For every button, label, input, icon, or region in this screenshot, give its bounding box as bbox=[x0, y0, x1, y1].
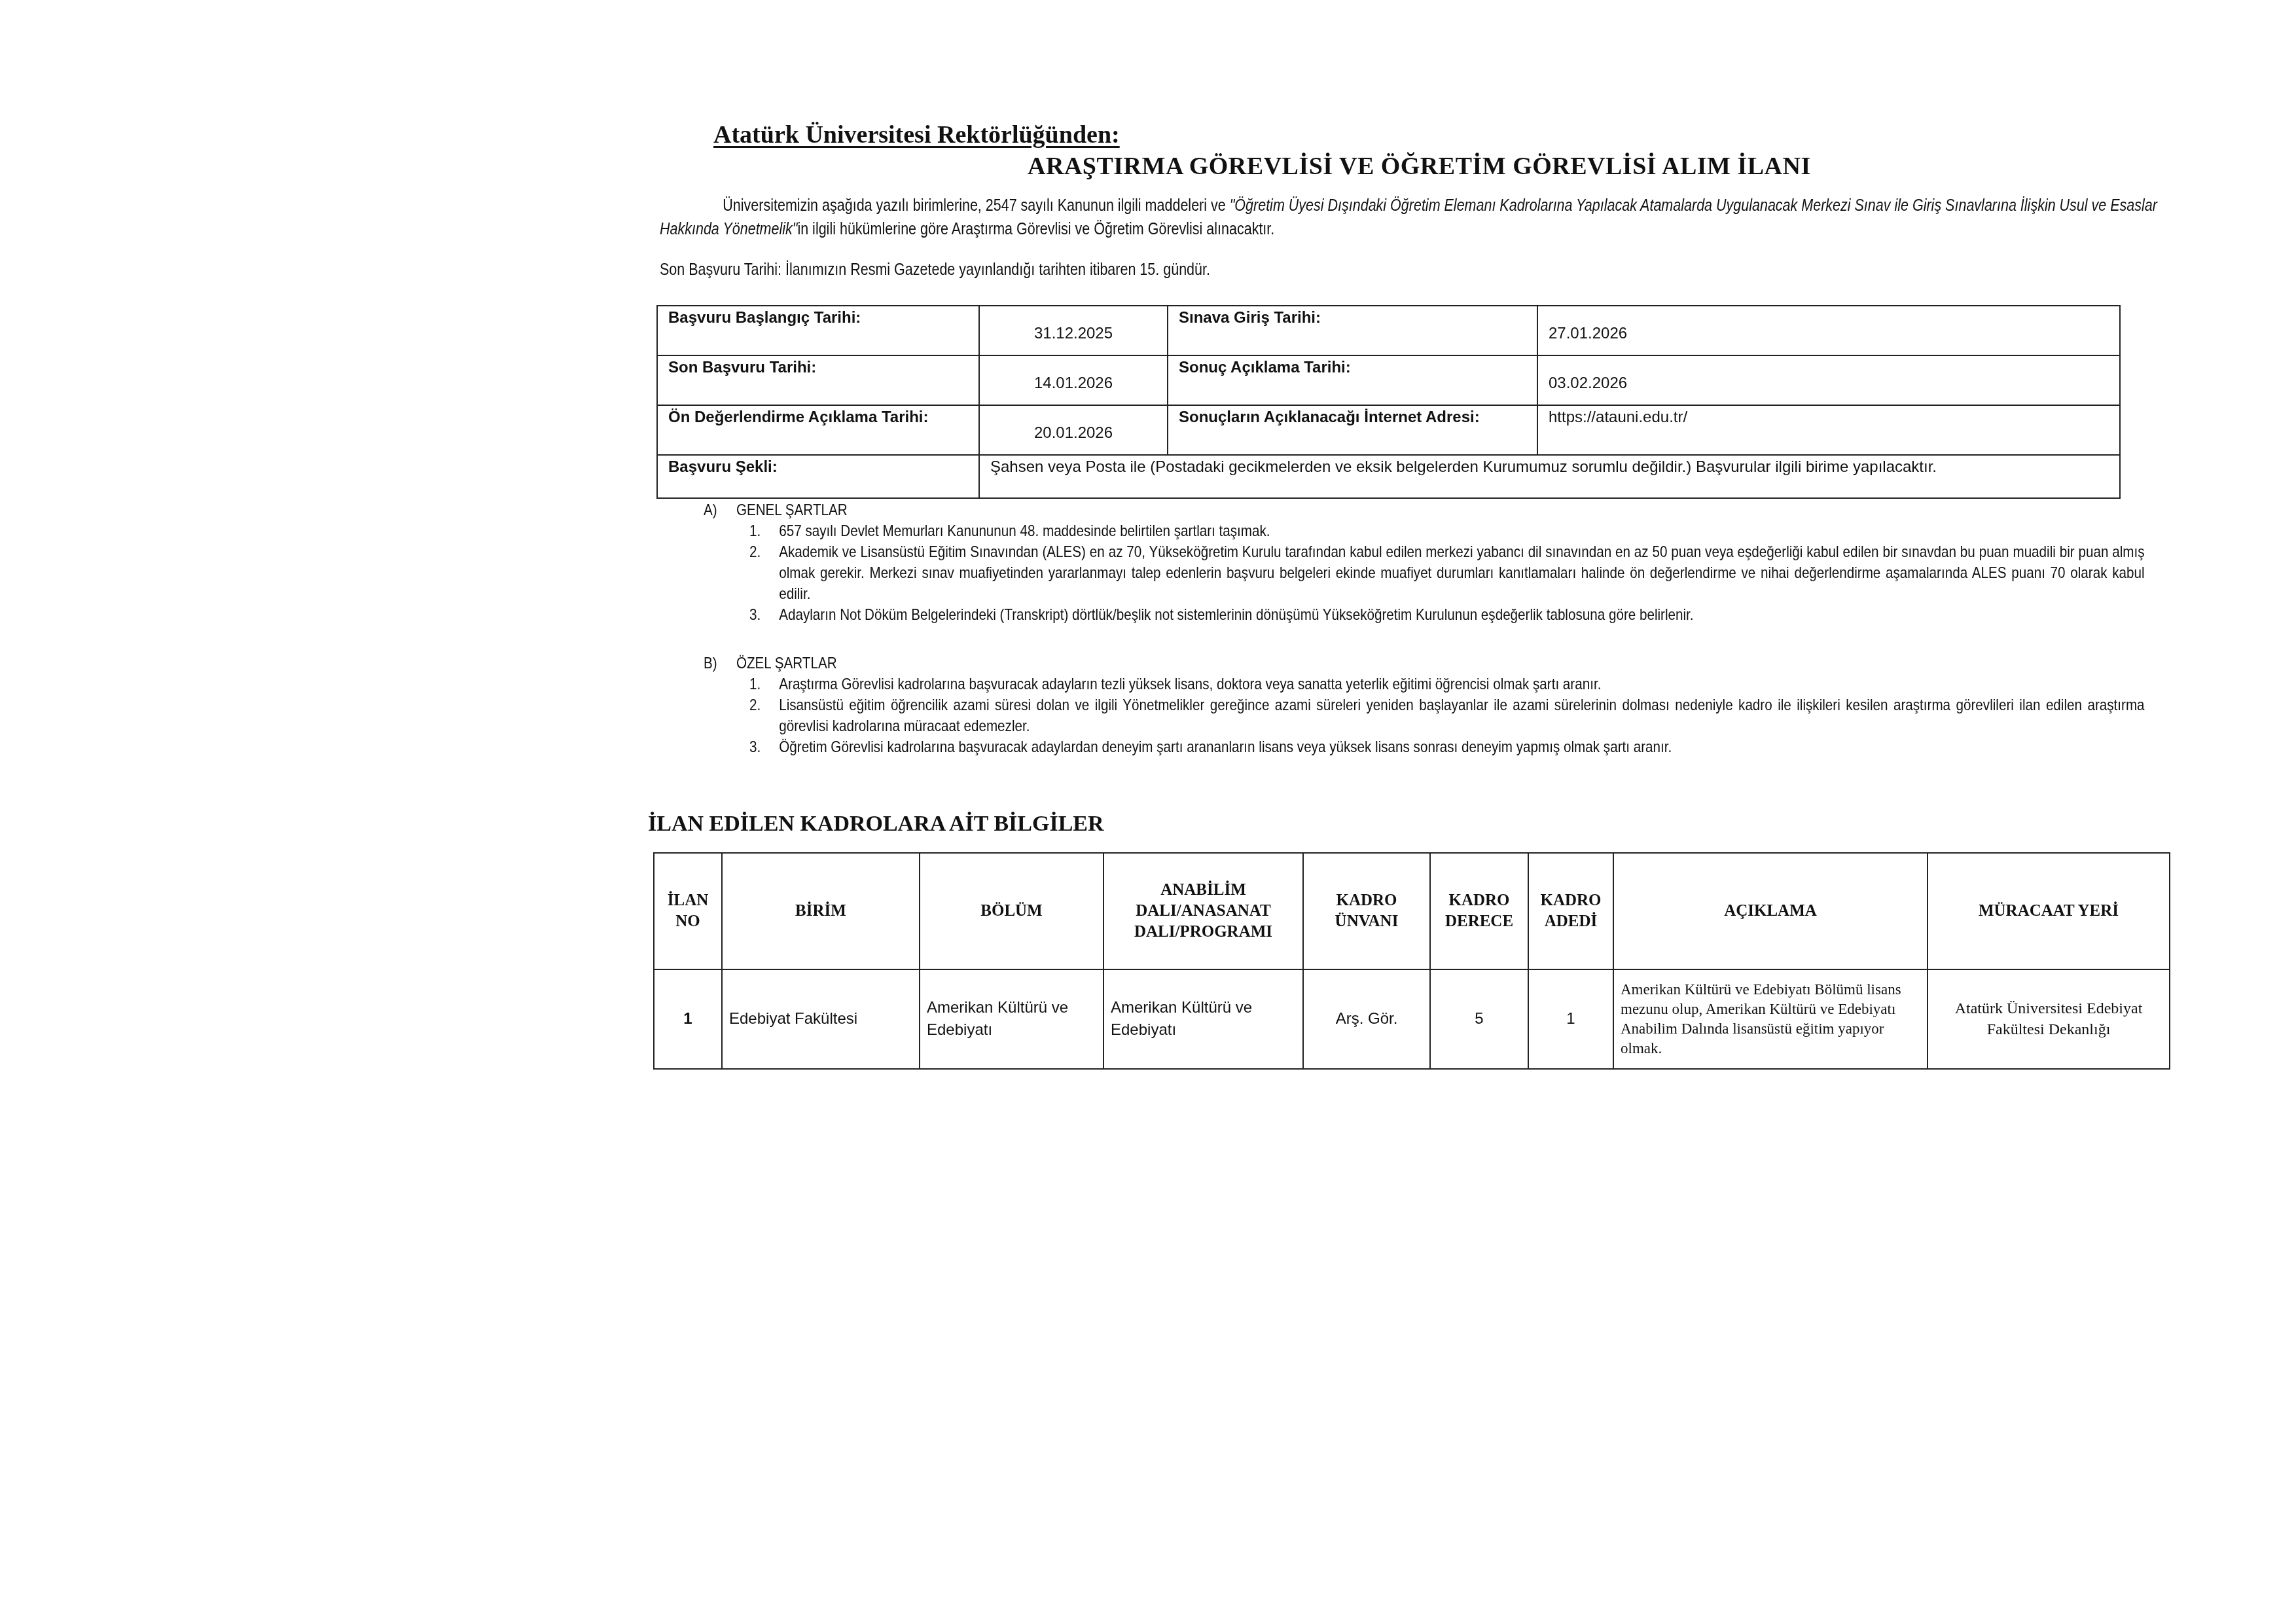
table-header-row: İLAN NO BİRİM BÖLÜM ANABİLİM DALI/ANASAN… bbox=[654, 853, 2170, 969]
date-label: Son Başvuru Tarihi: bbox=[657, 355, 979, 405]
cell-ilan-no: 1 bbox=[654, 969, 722, 1069]
method-label: Başvuru Şekli: bbox=[657, 455, 979, 498]
date-label: Sonuç Açıklama Tarihi: bbox=[1168, 355, 1537, 405]
col-header: BÖLÜM bbox=[920, 853, 1103, 969]
date-label: Ön Değerlendirme Açıklama Tarihi: bbox=[657, 405, 979, 455]
intro-text-1: Üniversitemizin aşağıda yazılı birimleri… bbox=[723, 196, 1229, 215]
list-item: Akademik ve Lisansüstü Eğitim Sınavından… bbox=[764, 542, 2145, 605]
date-value: 03.02.2026 bbox=[1537, 355, 2120, 405]
col-header: AÇIKLAMA bbox=[1613, 853, 1928, 969]
section-letter: A) bbox=[704, 500, 736, 521]
table-row: 1 Edebiyat Fakültesi Amerikan Kültürü ve… bbox=[654, 969, 2170, 1069]
cell-adet: 1 bbox=[1528, 969, 1613, 1069]
cell-birim: Edebiyat Fakültesi bbox=[722, 969, 920, 1069]
col-header: İLAN NO bbox=[654, 853, 722, 969]
col-header: KADRO ADEDİ bbox=[1528, 853, 1613, 969]
dates-row: Son Başvuru Tarihi: 14.01.2026 Sonuç Açı… bbox=[657, 355, 2120, 405]
deadline-note: Son Başvuru Tarihi: İlanımızın Resmi Gaz… bbox=[660, 261, 1210, 280]
date-label: Başvuru Başlangıç Tarihi: bbox=[657, 306, 979, 355]
general-conditions: A) GENEL ŞARTLAR 657 sayılı Devlet Memur… bbox=[704, 500, 2145, 626]
list-item: Araştırma Görevlisi kadrolarına başvurac… bbox=[764, 674, 2145, 695]
intro-paragraph: Üniversitemizin aşağıda yazılı birimleri… bbox=[660, 194, 2162, 241]
date-label: Sınava Giriş Tarihi: bbox=[1168, 306, 1537, 355]
list-item: 657 sayılı Devlet Memurları Kanununun 48… bbox=[764, 521, 2145, 542]
positions-table: İLAN NO BİRİM BÖLÜM ANABİLİM DALI/ANASAN… bbox=[653, 852, 2170, 1070]
method-value: Şahsen veya Posta ile (Postadaki gecikme… bbox=[979, 455, 2120, 498]
dates-row: Başvuru Başlangıç Tarihi: 31.12.2025 Sın… bbox=[657, 306, 2120, 355]
issuer-heading: Atatürk Üniversitesi Rektörlüğünden: bbox=[713, 120, 1120, 149]
cell-derece: 5 bbox=[1430, 969, 1528, 1069]
date-value: 27.01.2026 bbox=[1537, 306, 2120, 355]
cell-aciklama: Amerikan Kültürü ve Edebiyatı Bölümü lis… bbox=[1613, 969, 1928, 1069]
dates-row: Ön Değerlendirme Açıklama Tarihi: 20.01.… bbox=[657, 405, 2120, 455]
col-header: KADRO DERECE bbox=[1430, 853, 1528, 969]
intro-text-2: in ilgili hükümlerine göre Araştırma Gör… bbox=[797, 220, 1274, 238]
section-letter: B) bbox=[704, 653, 736, 674]
dates-table: Başvuru Başlangıç Tarihi: 31.12.2025 Sın… bbox=[656, 305, 2121, 499]
cell-unvan: Arş. Gör. bbox=[1303, 969, 1430, 1069]
col-header: BİRİM bbox=[722, 853, 920, 969]
list-item: Adayların Not Döküm Belgelerindeki (Tran… bbox=[764, 605, 2145, 626]
section-title: GENEL ŞARTLAR bbox=[736, 500, 848, 521]
cell-anabilim-dali: Amerikan Kültürü ve Edebiyatı bbox=[1103, 969, 1303, 1069]
cell-muracaat-yeri: Atatürk Üniversitesi Edebiyat Fakültesi … bbox=[1928, 969, 2170, 1069]
special-conditions: B) ÖZEL ŞARTLAR Araştırma Görevlisi kadr… bbox=[704, 653, 2145, 758]
results-url[interactable]: https://atauni.edu.tr/ bbox=[1537, 405, 2120, 455]
date-value: 20.01.2026 bbox=[979, 405, 1168, 455]
positions-title: İLAN EDİLEN KADROLARA AİT BİLGİLER bbox=[648, 812, 1104, 837]
date-value: 14.01.2026 bbox=[979, 355, 1168, 405]
date-label: Sonuçların Açıklanacağı İnternet Adresi: bbox=[1168, 405, 1537, 455]
col-header: ANABİLİM DALI/ANASANAT DALI/PROGRAMI bbox=[1103, 853, 1303, 969]
col-header: MÜRACAAT YERİ bbox=[1928, 853, 2170, 969]
cell-bolum: Amerikan Kültürü ve Edebiyatı bbox=[920, 969, 1103, 1069]
list-item: Lisansüstü eğitim öğrencilik azami süres… bbox=[764, 695, 2145, 737]
dates-row: Başvuru Şekli: Şahsen veya Posta ile (Po… bbox=[657, 455, 2120, 498]
section-title: ÖZEL ŞARTLAR bbox=[736, 653, 837, 674]
page-title: ARAŞTIRMA GÖREVLİSİ VE ÖĞRETİM GÖREVLİSİ… bbox=[1028, 152, 1811, 181]
col-header: KADRO ÜNVANI bbox=[1303, 853, 1430, 969]
list-item: Öğretim Görevlisi kadrolarına başvuracak… bbox=[764, 737, 2145, 758]
date-value: 31.12.2025 bbox=[979, 306, 1168, 355]
